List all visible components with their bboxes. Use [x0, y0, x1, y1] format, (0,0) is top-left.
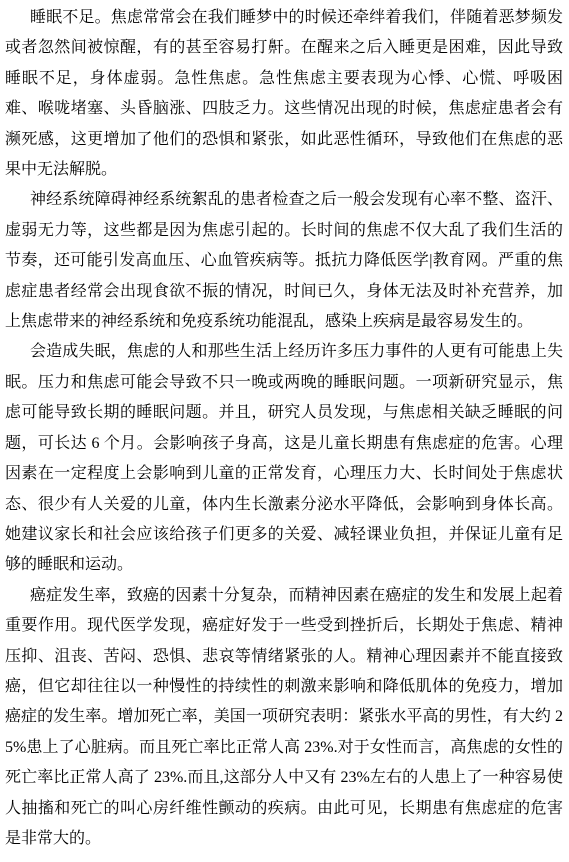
- paragraph-nervous-system: 神经系统障碍神经系统絮乱的患者检查之后一般会发现有心率不整、盗汗、虚弱无力等，这…: [5, 185, 563, 337]
- paragraph-sleep-deprivation: 睡眠不足。焦虑常常会在我们睡梦中的时候还牵绊着我们，伴随着恶梦频发或者忽然间被惊…: [5, 3, 563, 185]
- paragraph-cancer-mortality: 癌症发生率，致癌的因素十分复杂，而精神因素在癌症的发生和发展上起着重要作用。现代…: [5, 581, 563, 855]
- paragraph-insomnia-children: 会造成失眠，焦虑的人和那些生活上经历许多压力事件的人更有可能患上失眠。压力和焦虑…: [5, 337, 563, 580]
- document-page: 睡眠不足。焦虑常常会在我们睡梦中的时候还牵绊着我们，伴随着恶梦频发或者忽然间被惊…: [0, 0, 569, 862]
